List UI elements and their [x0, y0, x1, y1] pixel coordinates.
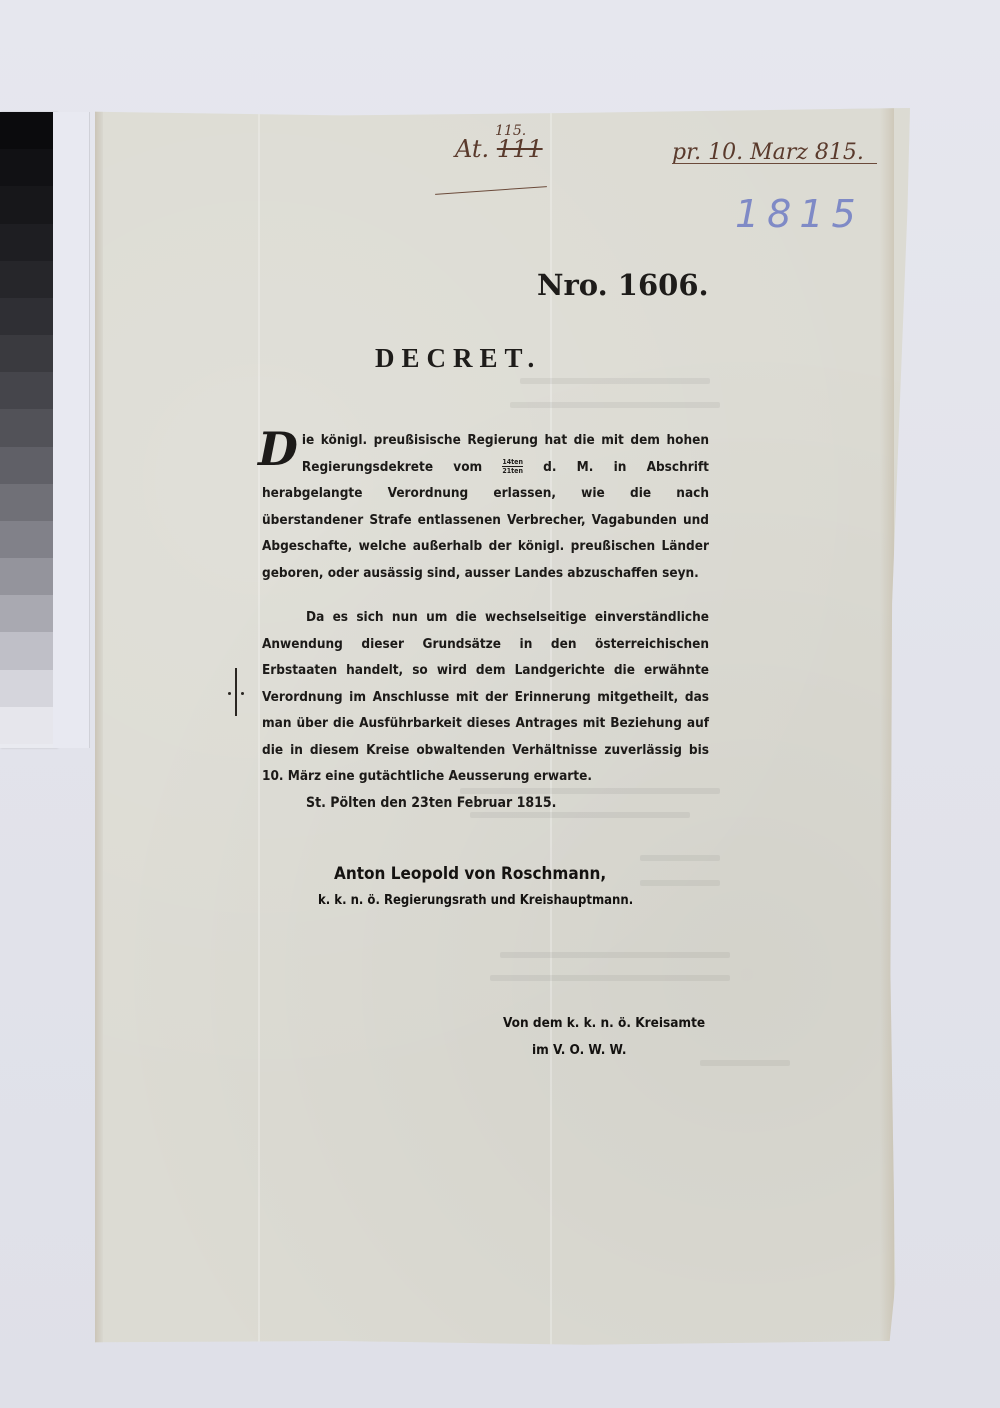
issuing-office-line-2: im V. O. W. W. — [532, 1042, 626, 1058]
bleed-through-text — [700, 1060, 790, 1066]
gray-scale-step — [0, 632, 53, 669]
paragraph-1-text-b: d. M. in Abschrift herabgelangte Verordn… — [262, 459, 709, 581]
gray-scale-step — [0, 521, 53, 558]
gray-scale-step — [0, 186, 53, 223]
gray-scale-step — [0, 224, 53, 261]
bleed-through-text — [640, 880, 720, 886]
document-title: DECRET. — [375, 343, 541, 374]
margin-dot — [241, 692, 244, 695]
drop-cap: D — [258, 429, 298, 469]
handwritten-file-number: At. 111 115. — [455, 135, 543, 163]
struck-number: 111 — [497, 135, 543, 163]
signer-title: k. k. n. ö. Regierungsrath und Kreishaup… — [318, 893, 633, 908]
gray-scale-step — [0, 149, 53, 186]
bleed-through-text — [470, 812, 690, 818]
gray-scale-step — [0, 335, 53, 372]
gray-scale-strip — [0, 112, 53, 744]
gray-scale-step — [0, 558, 53, 595]
blue-pencil-year: 1815 — [735, 192, 864, 236]
gray-scale-step — [0, 707, 53, 744]
gray-scale-step — [0, 409, 53, 446]
issuing-office-line-1: Von dem k. k. n. ö. Kreisamte — [503, 1015, 705, 1031]
handwritten-received-date: pr. 10. Marz 815. — [672, 140, 864, 165]
bleed-through-text — [520, 378, 710, 384]
gray-scale-step — [0, 298, 53, 335]
fraction-top: 14ten — [502, 458, 523, 467]
gray-scale-step — [0, 372, 53, 409]
paragraph-2: Da es sich nun um die wechselseitige ein… — [262, 604, 709, 790]
bleed-through-text — [640, 855, 720, 861]
paper-crease — [258, 108, 260, 1346]
gray-scale-step — [0, 447, 53, 484]
paragraph-1: Die königl. preußisische Regierung hat d… — [262, 427, 709, 586]
gray-scale-step — [0, 670, 53, 707]
margin-dot — [228, 692, 231, 695]
date-fraction: 14ten21ten — [502, 458, 523, 475]
date-line: St. Pölten den 23ten Februar 1815. — [306, 795, 556, 811]
gray-scale-step — [0, 112, 53, 149]
margin-bar — [235, 668, 237, 716]
corrected-number: 115. — [495, 123, 526, 139]
gray-scale-step — [0, 595, 53, 632]
document-number: Nro. 1606. — [537, 268, 709, 302]
gray-scale-step — [0, 261, 53, 298]
handwritten-prefix: At. — [455, 135, 497, 163]
bleed-through-text — [510, 402, 720, 408]
gray-scale-card-margin — [53, 112, 90, 748]
paper-edge-stain — [880, 108, 894, 1346]
handwritten-underline — [672, 163, 877, 164]
bleed-through-text — [490, 975, 730, 981]
paper-left-edge — [95, 108, 103, 1346]
margin-mark — [226, 668, 246, 716]
gray-scale-step — [0, 484, 53, 521]
bleed-through-text — [500, 952, 730, 958]
fraction-bottom: 21ten — [502, 467, 523, 475]
signer-name: Anton Leopold von Roschmann, — [334, 864, 606, 884]
